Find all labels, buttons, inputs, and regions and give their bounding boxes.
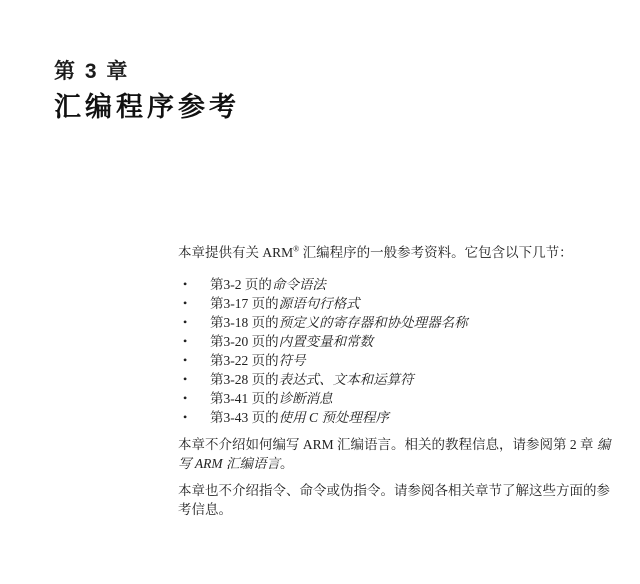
bullet-icon: •: [183, 294, 187, 313]
bullet-icon: •: [183, 313, 187, 332]
toc-item-prefix: 第3-41 页的: [210, 391, 279, 406]
toc-item-title: 使用 C 预处理程序: [279, 410, 389, 425]
toc-item-title: 内置变量和常数: [279, 334, 374, 349]
intro-text-pre: 本章提供有关 ARM: [178, 245, 293, 260]
section-list: •第3-2 页的命令语法 •第3-17 页的源语句行格式 •第3-18 页的预定…: [178, 275, 612, 427]
body-column: 本章提供有关 ARM® 汇编程序的一般参考资料。它包含以下几节： •第3-2 页…: [178, 243, 612, 519]
toc-item-title: 诊断消息: [279, 391, 333, 406]
toc-item: •第3-41 页的诊断消息: [178, 389, 612, 408]
intro-paragraph: 本章提供有关 ARM® 汇编程序的一般参考资料。它包含以下几节：: [178, 243, 612, 262]
toc-item-prefix: 第3-18 页的: [210, 315, 279, 330]
chapter-label: 第 3 章: [54, 55, 129, 85]
toc-item-title: 表达式、文本和运算符: [279, 372, 414, 387]
bullet-icon: •: [183, 332, 187, 351]
tutorial-note-paragraph: 本章不介绍如何编写 ARM 汇编语言。相关的教程信息，请参阅第 2 章 编写 A…: [178, 435, 612, 473]
toc-item-prefix: 第3-43 页的: [210, 410, 279, 425]
intro-text-post: 汇编程序的一般参考资料。它包含以下几节：: [299, 245, 572, 260]
toc-item-prefix: 第3-2 页的: [210, 277, 272, 292]
toc-item-title: 预定义的寄存器和协处理器名称: [279, 315, 468, 330]
toc-item: •第3-17 页的源语句行格式: [178, 294, 612, 313]
toc-item-prefix: 第3-22 页的: [210, 353, 279, 368]
bullet-icon: •: [183, 351, 187, 370]
toc-item-title: 命令语法: [272, 277, 326, 292]
toc-item-prefix: 第3-28 页的: [210, 372, 279, 387]
tutorial-note-text: 本章不介绍如何编写 ARM 汇编语言。相关的教程信息，请参阅第 2 章: [178, 437, 597, 452]
toc-item: •第3-43 页的使用 C 预处理程序: [178, 408, 612, 427]
bullet-icon: •: [183, 275, 187, 294]
document-page: 第 3 章 汇编程序参考 本章提供有关 ARM® 汇编程序的一般参考资料。它包含…: [0, 0, 640, 584]
instructions-note-paragraph: 本章也不介绍指令、命令或伪指令。请参阅各相关章节了解这些方面的参考信息。: [178, 481, 612, 519]
toc-item: •第3-18 页的预定义的寄存器和协处理器名称: [178, 313, 612, 332]
toc-item-title: 符号: [279, 353, 306, 368]
bullet-icon: •: [183, 408, 187, 427]
chapter-title: 汇编程序参考: [54, 85, 240, 124]
bullet-icon: •: [183, 389, 187, 408]
bullet-icon: •: [183, 370, 187, 389]
toc-item-prefix: 第3-20 页的: [210, 334, 279, 349]
toc-item: •第3-20 页的内置变量和常数: [178, 332, 612, 351]
toc-item-title: 源语句行格式: [279, 296, 360, 311]
toc-item: •第3-2 页的命令语法: [178, 275, 612, 294]
toc-item: •第3-22 页的符号: [178, 351, 612, 370]
toc-item-prefix: 第3-17 页的: [210, 296, 279, 311]
tutorial-note-period: 。: [280, 456, 294, 471]
toc-item: •第3-28 页的表达式、文本和运算符: [178, 370, 612, 389]
